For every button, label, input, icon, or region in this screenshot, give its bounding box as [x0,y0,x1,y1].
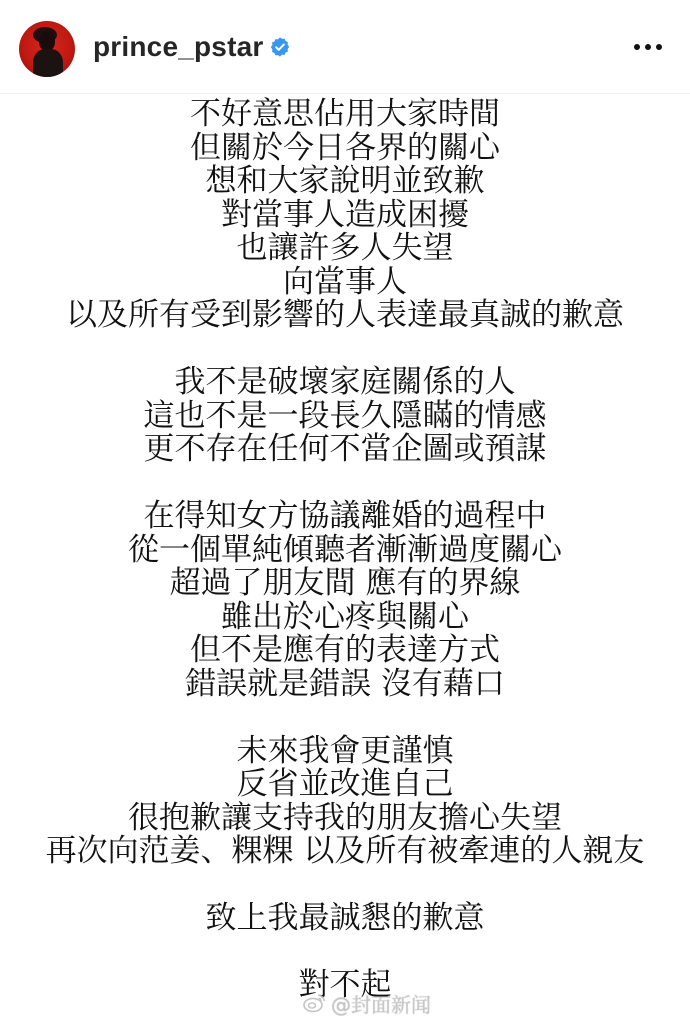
watermark-text: @封面新闻 [331,989,431,1018]
post-text-line: 對當事人造成困擾 [0,199,690,233]
post-text-line: 不好意思佔用大家時間 [0,98,690,132]
more-options-icon-dot [656,44,662,50]
post-text-line: 致上我最誠懇的歉意 [0,902,690,936]
post-text-line: 從一個單純傾聽者漸漸過度關心 [0,534,690,568]
post-text-line: 再次向范姜、粿粿 以及所有被牽連的人親友 [0,835,690,869]
post-text-blank [0,333,690,367]
post-text-line: 錯誤就是錯誤 沒有藉口 [0,668,690,702]
post-text-line: 但關於今日各界的關心 [0,132,690,166]
avatar-body-shape [33,49,63,77]
post-text-line: 雖出於心疼與關心 [0,601,690,635]
post-header: prince_pstar [0,0,690,94]
post-text-line: 未來我會更謹慎 [0,735,690,769]
post-text-blank [0,936,690,970]
verified-badge-icon [269,36,291,58]
post-text-line: 更不存在任何不當企圖或預謀 [0,433,690,467]
post-text-line: 在得知女方協議離婚的過程中 [0,500,690,534]
weibo-logo-icon [303,993,327,1013]
username-link[interactable]: prince_pstar [93,27,263,67]
avatar-head-shape [39,31,55,51]
post-text-line: 也讓許多人失望 [0,232,690,266]
more-options-icon-dot [645,44,651,50]
post-text-blank [0,467,690,501]
post-text-line: 很抱歉讓支持我的朋友擔心失望 [0,802,690,836]
post-text-line: 但不是應有的表達方式 [0,634,690,668]
source-watermark: @封面新闻 [303,990,431,1016]
post-text-blank [0,701,690,735]
post-text-line: 以及所有受到影響的人表達最真誠的歉意 [0,299,690,333]
more-options-icon-dot [634,44,640,50]
post-text-line: 向當事人 [0,266,690,300]
post-image-text: 不好意思佔用大家時間 但關於今日各界的關心 想和大家說明並致歉 對當事人造成困擾… [0,98,690,1003]
post-text-line: 想和大家說明並致歉 [0,165,690,199]
post-text-line: 反省並改進自己 [0,768,690,802]
profile-avatar[interactable] [19,21,75,77]
more-options-button[interactable] [628,36,668,58]
post-text-blank [0,869,690,903]
post-text-line: 我不是破壞家庭關係的人 [0,366,690,400]
post-text-line: 這也不是一段長久隱瞞的情感 [0,400,690,434]
post-text-line: 超過了朋友間 應有的界線 [0,567,690,601]
